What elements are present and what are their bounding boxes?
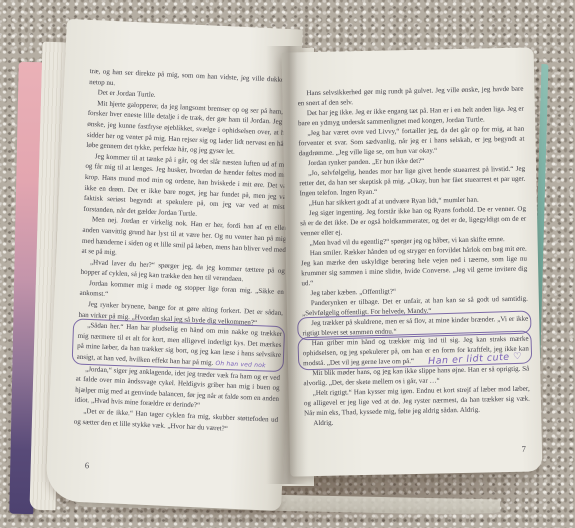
book-paragraph: Han smiler. Rækker hånden ud og stryger … [301,244,528,289]
right-page-number: 7 [522,444,526,454]
book-paragraph: Jeg kommer til at tænke på i går, og det… [83,151,290,224]
left-book-page: træ, og han ser direkte på mig, som om h… [45,19,303,511]
book-paragraph: Jeg siger ingenting. Jeg forstår ikke ha… [300,204,527,239]
photo-of-open-book: træ, og han ser direkte på mig, som om h… [0,0,575,528]
right-page-text: Hans selvsikkerhed gør mig rundt på gulv… [282,47,542,428]
book-paragraph: Mit hjerte galopperer, da jeg langsomt b… [86,98,292,160]
book-paragraph: „Jo, selvfølgelig, hendes mor har lige g… [299,164,526,199]
left-page-number: 6 [85,460,90,470]
pen-circled-paragraph: „Sådan her.“ Han har pludselig en hånd o… [76,320,282,373]
left-page-text: træ, og han ser direkte på mig, som om h… [49,19,303,436]
right-book-page: Hans selvsikkerhed gør mig rundt på gulv… [282,47,543,476]
book-paragraph: „Jeg har været ovre ved Livvy,“ fortælle… [298,124,525,159]
book-paragraph: „Helt rigtigt.“ Han kysser mig igen. End… [304,384,531,419]
pen-circled-paragraph: Han griber min hånd og trækker mig ind t… [303,334,530,369]
handwritten-note: Oh han ved nok [213,360,266,369]
